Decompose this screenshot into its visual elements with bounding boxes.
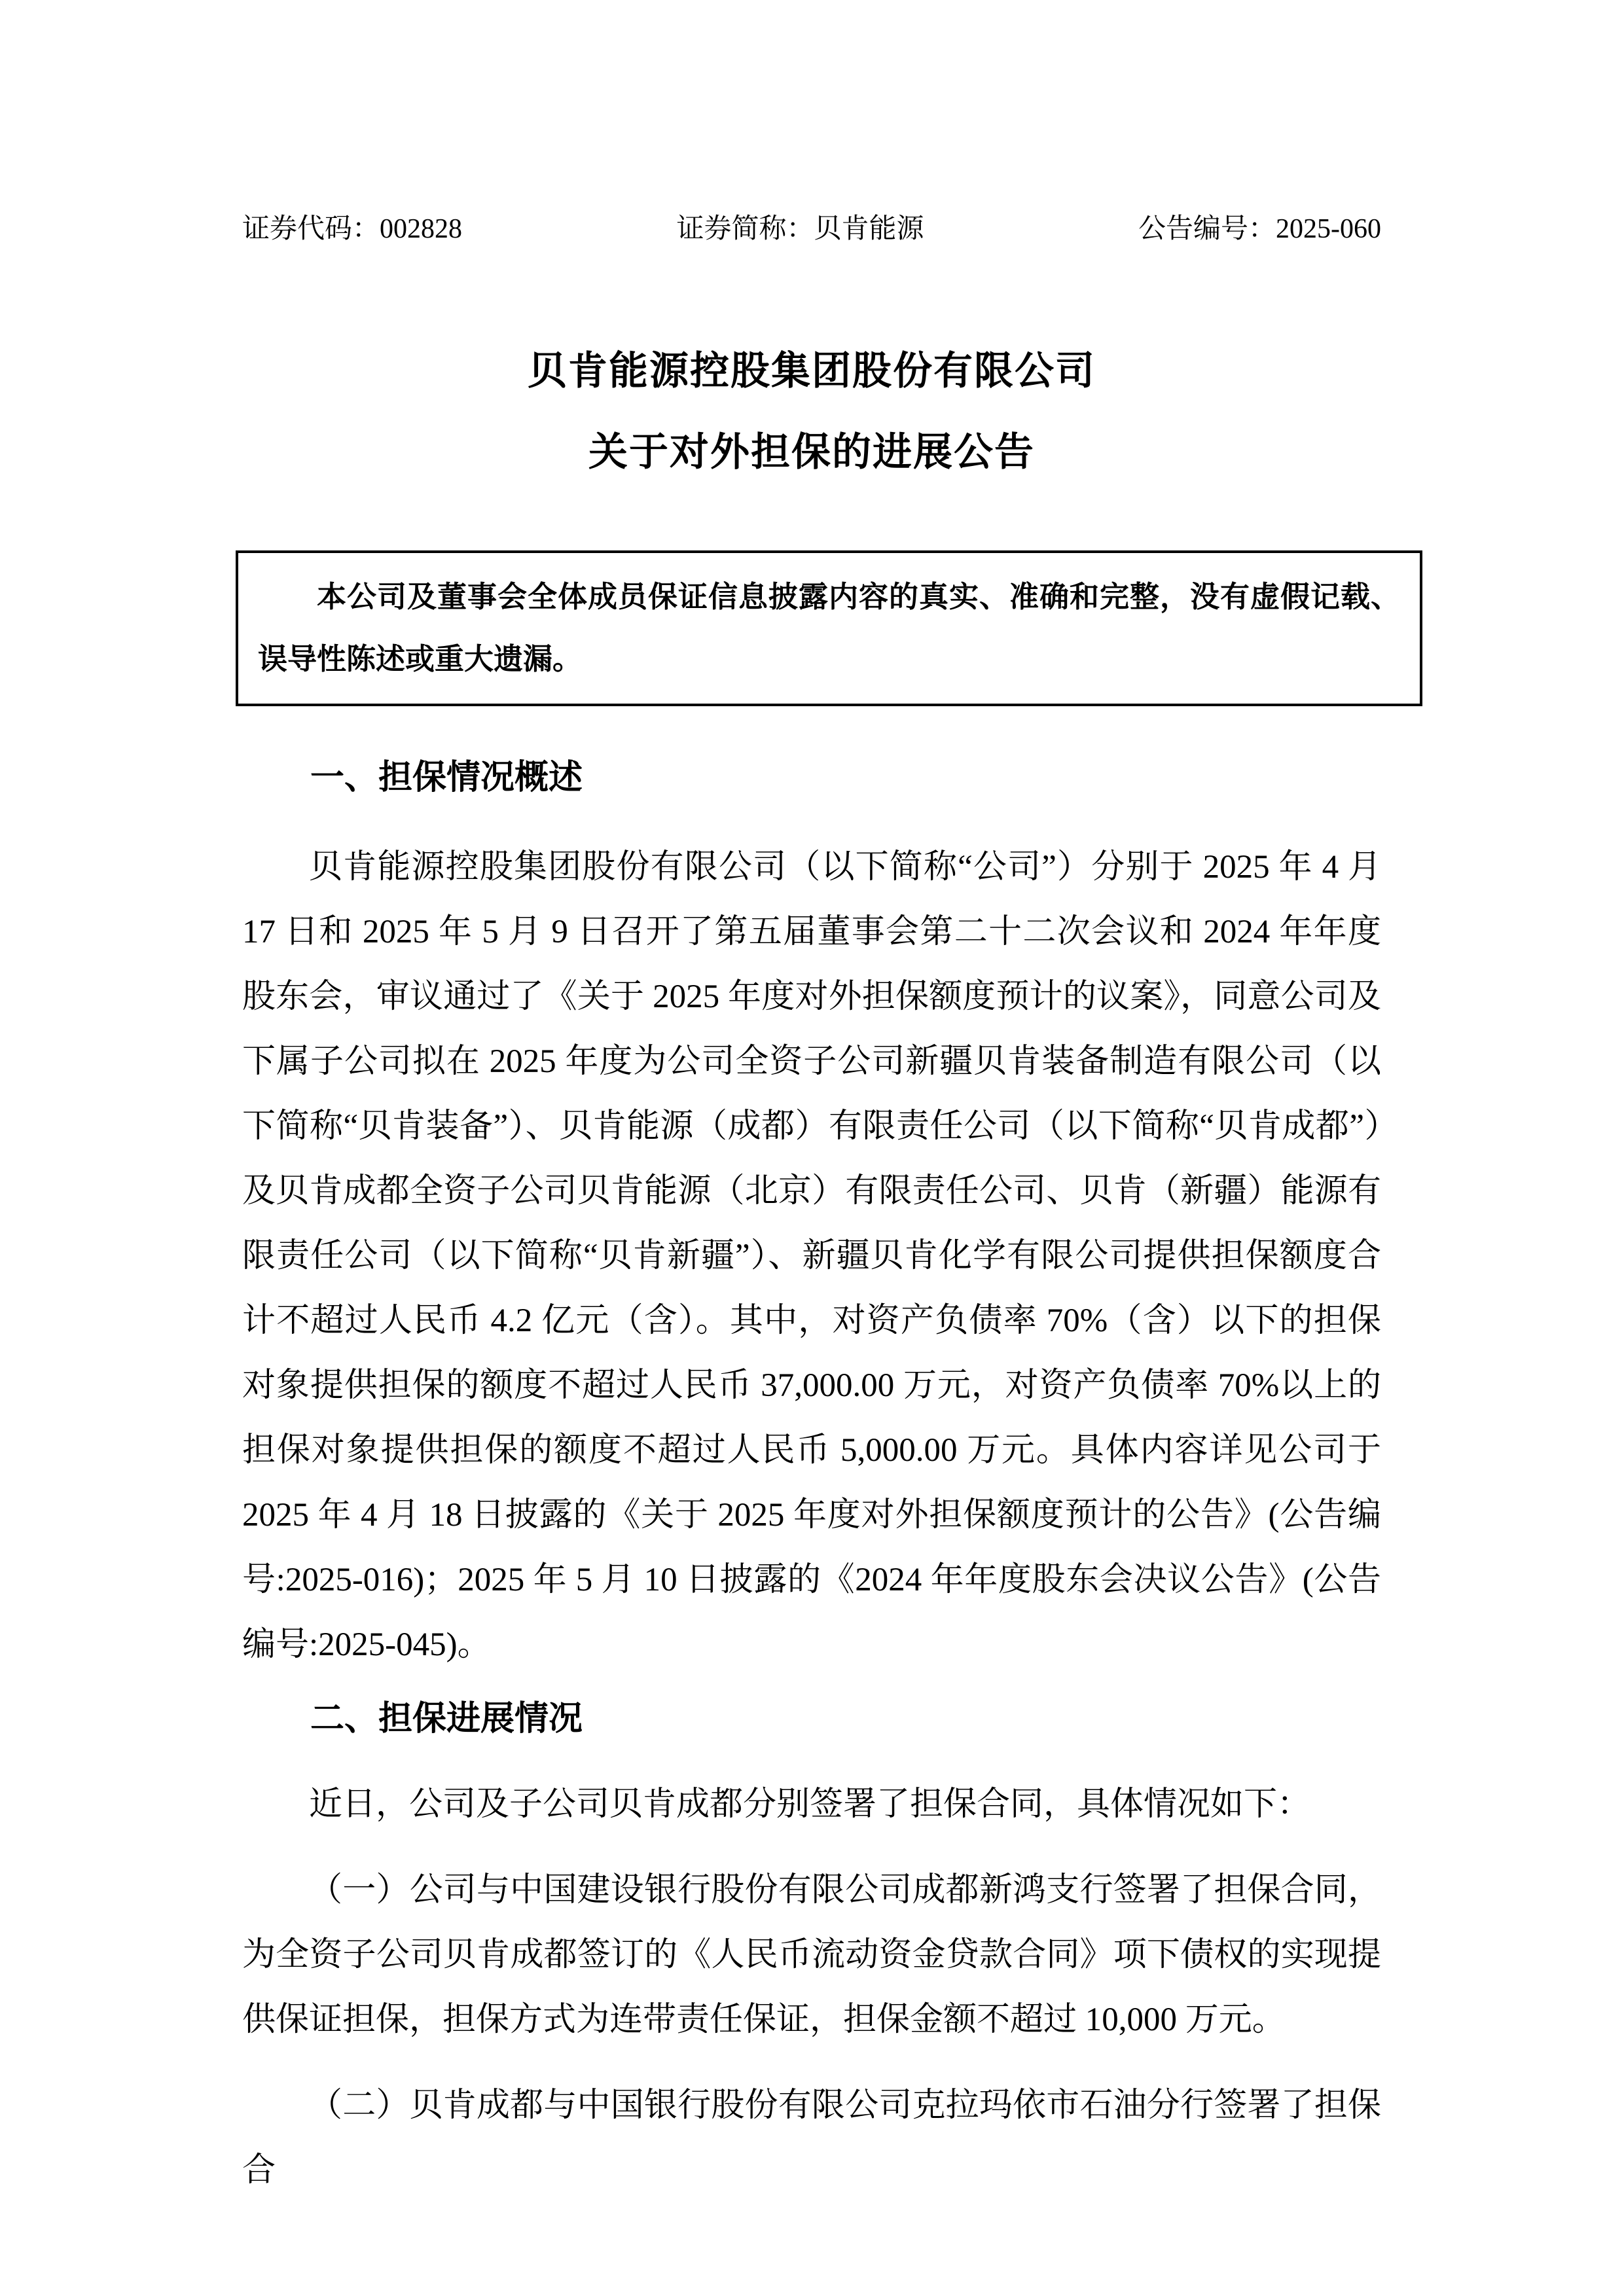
- section-1-heading: 一、担保情况概述: [242, 745, 1381, 810]
- title-block: 贝肯能源控股集团股份有限公司 关于对外担保的进展公告: [242, 331, 1381, 493]
- announcement-subtitle: 关于对外担保的进展公告: [242, 412, 1381, 493]
- guarantee-item-1-paragraph: （一）公司与中国建设银行股份有限公司成都新鸿支行签署了担保合同，为全资子公司贝肯…: [242, 1858, 1381, 2053]
- announcement-no-text: 公告编号：2025-060: [1138, 209, 1381, 249]
- progress-intro-paragraph: 近日，公司及子公司贝肯成都分别签署了担保合同，具体情况如下：: [242, 1772, 1381, 1837]
- section-2-heading: 二、担保进展情况: [242, 1687, 1381, 1751]
- stock-abbr-text: 证券简称：贝肯能源: [677, 209, 924, 249]
- disclaimer-text: 本公司及董事会全体成员保证信息披露内容的真实、准确和完整，没有虚假记载、误导性陈…: [258, 566, 1400, 691]
- stock-code-text: 证券代码：002828: [242, 209, 462, 249]
- disclaimer-box: 本公司及董事会全体成员保证信息披露内容的真实、准确和完整，没有虚假记载、误导性陈…: [236, 550, 1422, 706]
- guarantee-item-2-paragraph: （二）贝肯成都与中国银行股份有限公司克拉玛依市石油分行签署了担保合: [242, 2073, 1381, 2203]
- company-name-title: 贝肯能源控股集团股份有限公司: [242, 331, 1381, 412]
- page-content: 证券代码：002828 证券简称：贝肯能源 公告编号：2025-060 贝肯能源…: [242, 209, 1381, 2203]
- announcement-page: 证券代码：002828 证券简称：贝肯能源 公告编号：2025-060 贝肯能源…: [0, 0, 1624, 2296]
- doc-header: 证券代码：002828 证券简称：贝肯能源 公告编号：2025-060: [242, 209, 1381, 249]
- section-1-overview-paragraph: 贝肯能源控股集团股份有限公司（以下简称“公司”）分别于 2025 年 4 月 1…: [242, 835, 1381, 1677]
